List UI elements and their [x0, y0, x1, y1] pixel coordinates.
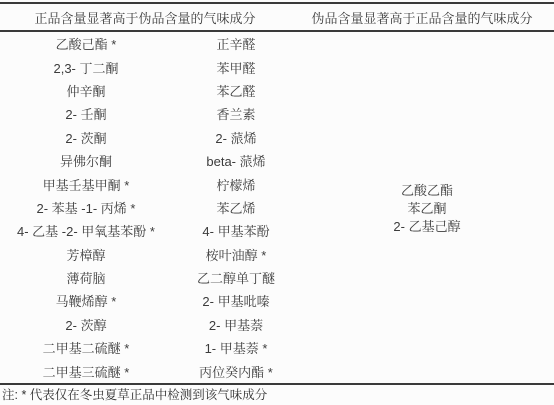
table-cell: 丙位癸内酯 *: [172, 359, 300, 382]
table-cell: 苯甲醛: [172, 55, 300, 78]
table-cell: 2- 茨醇: [0, 313, 172, 336]
odor-components-table: 正品含量显著高于伪品含量的气味成分 伪品含量显著高于正品含量的气味成分 乙酸己酯…: [0, 2, 554, 385]
table-cell: 二甲基三硫醚 *: [0, 359, 172, 382]
table-cell: 柠檬烯: [172, 172, 300, 195]
table-cell: 仲辛酮: [0, 79, 172, 102]
table-cell: 2- 甲基吡嗪: [172, 289, 300, 312]
table-cell: 乙二醇单丁醚: [172, 266, 300, 289]
table-cell: 2- 茨酮: [0, 126, 172, 149]
table-cell: 苯乙醛: [172, 79, 300, 102]
header-genuine-higher: 正品含量显著高于伪品含量的气味成分: [0, 8, 290, 27]
footnote: 注: * 代表仅在冬虫夏草正品中检测到该气味成分: [0, 385, 554, 403]
table-cell: 二甲基二硫醚 *: [0, 336, 172, 359]
table-cell: beta- 蒎烯: [172, 149, 300, 172]
odor-components-page: 正品含量显著高于伪品含量的气味成分 伪品含量显著高于正品含量的气味成分 乙酸己酯…: [0, 0, 554, 405]
table-cell: 乙酸己酯 *: [0, 32, 172, 55]
table-cell: 2,3- 丁二酮: [0, 55, 172, 78]
table-cell: 桉叶油醇 *: [172, 243, 300, 266]
table-cell: 苯乙酮: [300, 199, 554, 217]
table-cell: 2- 苯基 -1- 丙烯 *: [0, 196, 172, 219]
table-cell: 马鞭烯醇 *: [0, 289, 172, 312]
table-cell: 正辛醛: [172, 32, 300, 55]
table-cell: 4- 乙基 -2- 甲氧基苯酚 *: [0, 219, 172, 242]
table-cell: 香兰素: [172, 102, 300, 125]
table-cell: 2- 蒎烯: [172, 126, 300, 149]
table-cell: 2- 乙基己醇: [300, 217, 554, 235]
table-cell: 异佛尔酮: [0, 149, 172, 172]
genuine-higher-column-1: 乙酸己酯 *2,3- 丁二酮仲辛酮2- 壬酮2- 茨酮异佛尔酮甲基壬基甲酮 *2…: [0, 32, 172, 383]
header-fake-higher: 伪品含量显著高于正品含量的气味成分: [290, 8, 554, 27]
table-cell: 2- 甲基萘: [172, 313, 300, 336]
table-cell: 苯乙烯: [172, 196, 300, 219]
table-cell: 薄荷脑: [0, 266, 172, 289]
table-cell: 4- 甲基苯酚: [172, 219, 300, 242]
fake-higher-column: 乙酸乙酯苯乙酮2- 乙基己醇: [300, 32, 554, 383]
table-cell: 乙酸乙酯: [300, 181, 554, 199]
genuine-higher-column-2: 正辛醛苯甲醛苯乙醛香兰素2- 蒎烯beta- 蒎烯柠檬烯苯乙烯4- 甲基苯酚桉叶…: [172, 32, 300, 383]
table-cell: 2- 壬酮: [0, 102, 172, 125]
table-cell: 1- 甲基萘 *: [172, 336, 300, 359]
table-cell: 芳樟醇: [0, 243, 172, 266]
table-header-row: 正品含量显著高于伪品含量的气味成分 伪品含量显著高于正品含量的气味成分: [0, 4, 554, 32]
table-body: 乙酸己酯 *2,3- 丁二酮仲辛酮2- 壬酮2- 茨酮异佛尔酮甲基壬基甲酮 *2…: [0, 32, 554, 383]
table-cell: 甲基壬基甲酮 *: [0, 172, 172, 195]
